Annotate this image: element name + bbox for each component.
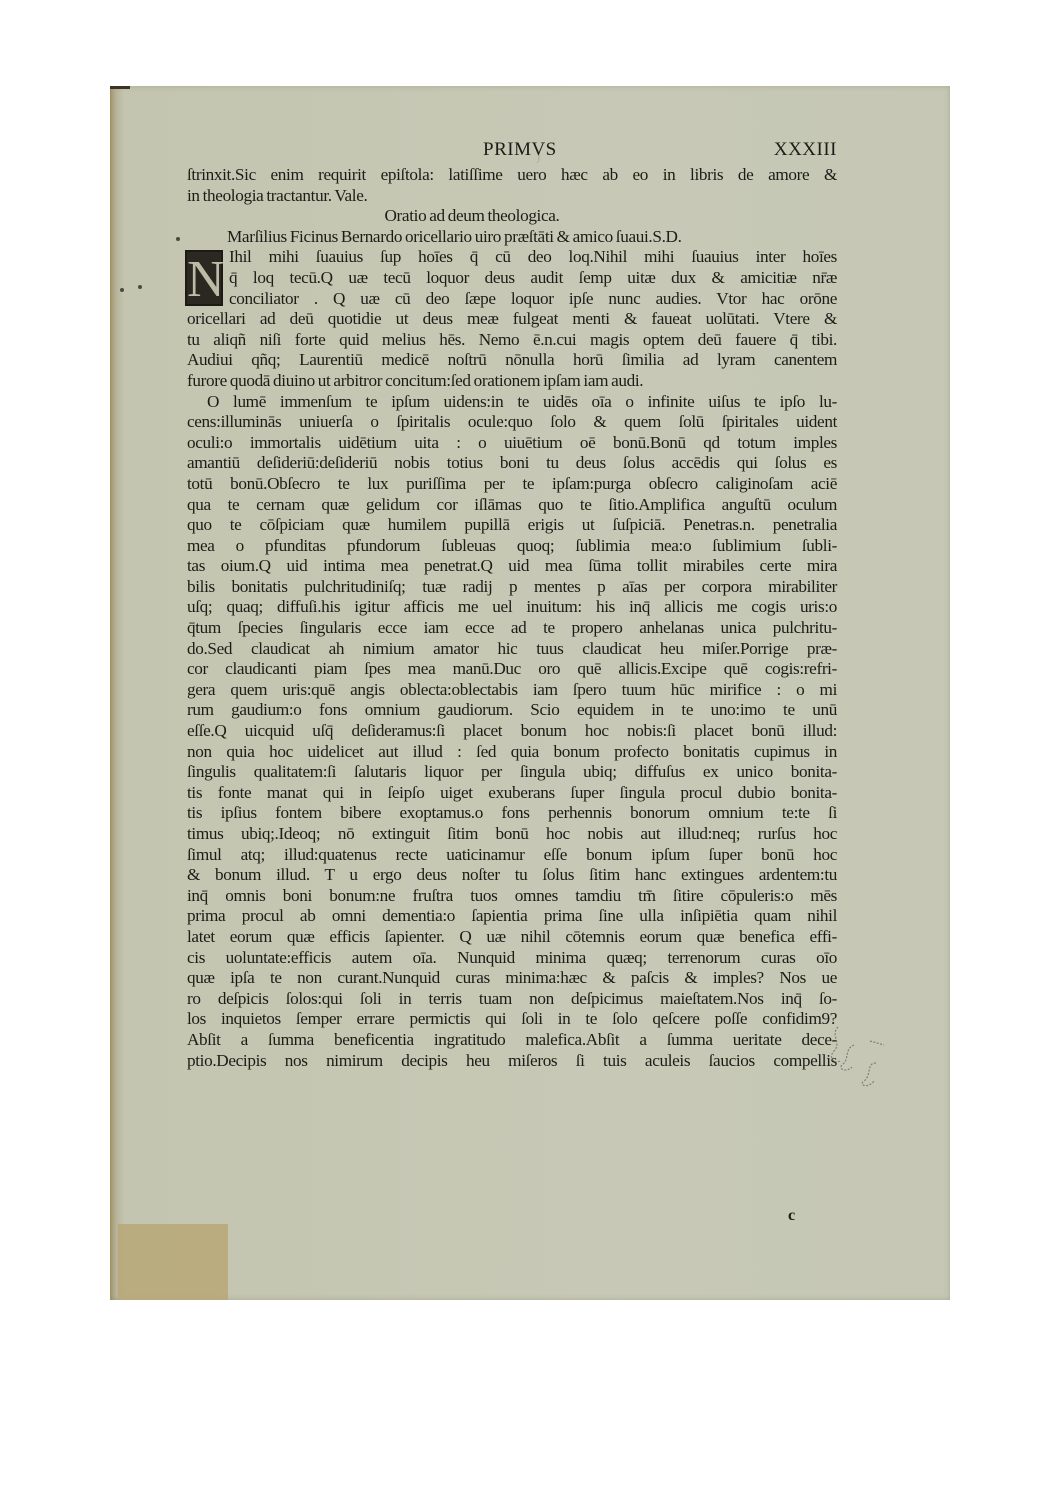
paper-tab-repair — [118, 1224, 228, 1300]
margin-dot — [120, 288, 124, 292]
folio-number: XXXIII — [774, 140, 837, 161]
text-line: tis fonte manat qui in ſeipſo uiget exub… — [187, 783, 837, 804]
margin-dot — [138, 285, 142, 289]
text-line: amantiū deſideriū:deſideriū nobis totius… — [187, 453, 837, 474]
text-line: cis uoluntate:efficis autem oīa. Nunquid… — [187, 948, 837, 969]
dropcap-paragraph: N Ihil mihi ſuauius ſup hoīes q̄ cū deo … — [187, 247, 837, 309]
text-line: quo te cōſpiciam quæ humilem pupillā eri… — [187, 515, 837, 536]
text-line: qua te cernam quæ gelidum cor iſlāmas qu… — [187, 495, 837, 516]
text-line: furore quodā diuino ut arbitror concitum… — [187, 371, 837, 392]
text-line: tis ipſius fontem bibere exoptamus.o fon… — [187, 803, 837, 824]
text-line: los inquietos ſemper errare permictis qu… — [187, 1009, 837, 1030]
text-line: cens:illuminās uniuerſa o ſpiritalis ocu… — [187, 412, 837, 433]
text-line: gera quem uris:quē angis oblecta:oblecta… — [187, 680, 837, 701]
library-stamp-icon — [820, 1015, 910, 1095]
text-line: oculi:o immortalis uidētium uita : o uiu… — [187, 433, 837, 454]
text-line: & bonum illud. T u ergo deus noſter tu ſ… — [187, 865, 837, 886]
salutation: Marſilius Ficinus Bernardo oricellario u… — [187, 227, 837, 248]
section-title: Oratio ad deum theologica. — [187, 206, 837, 227]
text-line: latet eorum quæ efficis ſapienter. Q uæ … — [187, 927, 837, 948]
text-line: ſingulis qualitatem:ſi ſalutaris liquor … — [187, 762, 837, 783]
text-line: Audiui qñq; Laurentiū medicē noſtrū nōnu… — [187, 350, 837, 371]
page-text-block: PRIMVS XXXIII ſtrinxit.Sic enim requirit… — [187, 140, 837, 1071]
text-line: q̄tum ſpecies ſingularis ecce iam ecce a… — [187, 618, 837, 639]
text-line: inq̄ omnis boni bonum:ne fruſtra tuos om… — [187, 886, 837, 907]
text-line: in theologia tractantur. Vale. — [187, 186, 837, 207]
text-line: uſq; quaq; diffuſi.his igitur afficis me… — [187, 597, 837, 618]
text-line: cor claudicanti piam ſpes mea manū.Duc o… — [187, 659, 837, 680]
text-line: totū bonū.Obſecro te lux puriſſima per t… — [187, 474, 837, 495]
page-corner-shadow — [110, 86, 130, 89]
running-title: PRIMVS — [483, 140, 557, 161]
text-line: Ihil mihi ſuauius ſup hoīes q̄ cū deo lo… — [187, 247, 837, 268]
text-line: eſſe.Q uicquid uſq̄ deſideramus:ſi place… — [187, 721, 837, 742]
text-line: q̄ loq tecū.Q uæ tecū loquor deus audit … — [187, 268, 837, 289]
text-line: Abſit a ſumma beneficentia ingratitudo m… — [187, 1030, 837, 1051]
text-line: oricellari ad deū quotidie ut deus meæ f… — [187, 309, 837, 330]
text-line: ſimul atq; illud:quatenus recte uaticina… — [187, 845, 837, 866]
margin-dot — [176, 237, 180, 241]
decorated-initial: N — [185, 250, 223, 306]
text-line: non quia hoc uidelicet aut illud : ſed q… — [187, 742, 837, 763]
running-header: PRIMVS XXXIII — [187, 140, 837, 165]
text-line: ptio.Decipis nos nimirum decipis heu miſ… — [187, 1051, 837, 1072]
text-line: ſtrinxit.Sic enim requirit epiſtola: lat… — [187, 165, 837, 186]
text-line: tas oium.Q uid intima mea penetrat.Q uid… — [187, 556, 837, 577]
text-line: prima procul ab omni dementia:o ſapienti… — [187, 906, 837, 927]
text-line: tu aliqñ niſi forte quid melius hēs. Nem… — [187, 330, 837, 351]
text-line: conciliator . Q uæ cū deo ſæpe loquor ip… — [187, 289, 837, 310]
signature-mark: c — [788, 1207, 795, 1225]
text-line: quæ ipſa te non curant.Nunquid curas min… — [187, 968, 837, 989]
text-line: timus ubiq;.Ideoq; nō extinguit ſitim bo… — [187, 824, 837, 845]
text-line: mea o pfunditas pfundorum ſubleuas quoq;… — [187, 536, 837, 557]
text-line: bilis bonitatis pulchritudiniſq; tuæ rad… — [187, 577, 837, 598]
text-line: do.Sed claudicat ah nimium amator hic tu… — [187, 639, 837, 660]
text-line: O lumē immenſum te ipſum uidens:in te ui… — [187, 392, 837, 413]
text-line: rum gaudium:o fons omnium gaudiorum. Sci… — [187, 700, 837, 721]
text-line: ro deſpicis ſolos:qui ſoli in terris tua… — [187, 989, 837, 1010]
